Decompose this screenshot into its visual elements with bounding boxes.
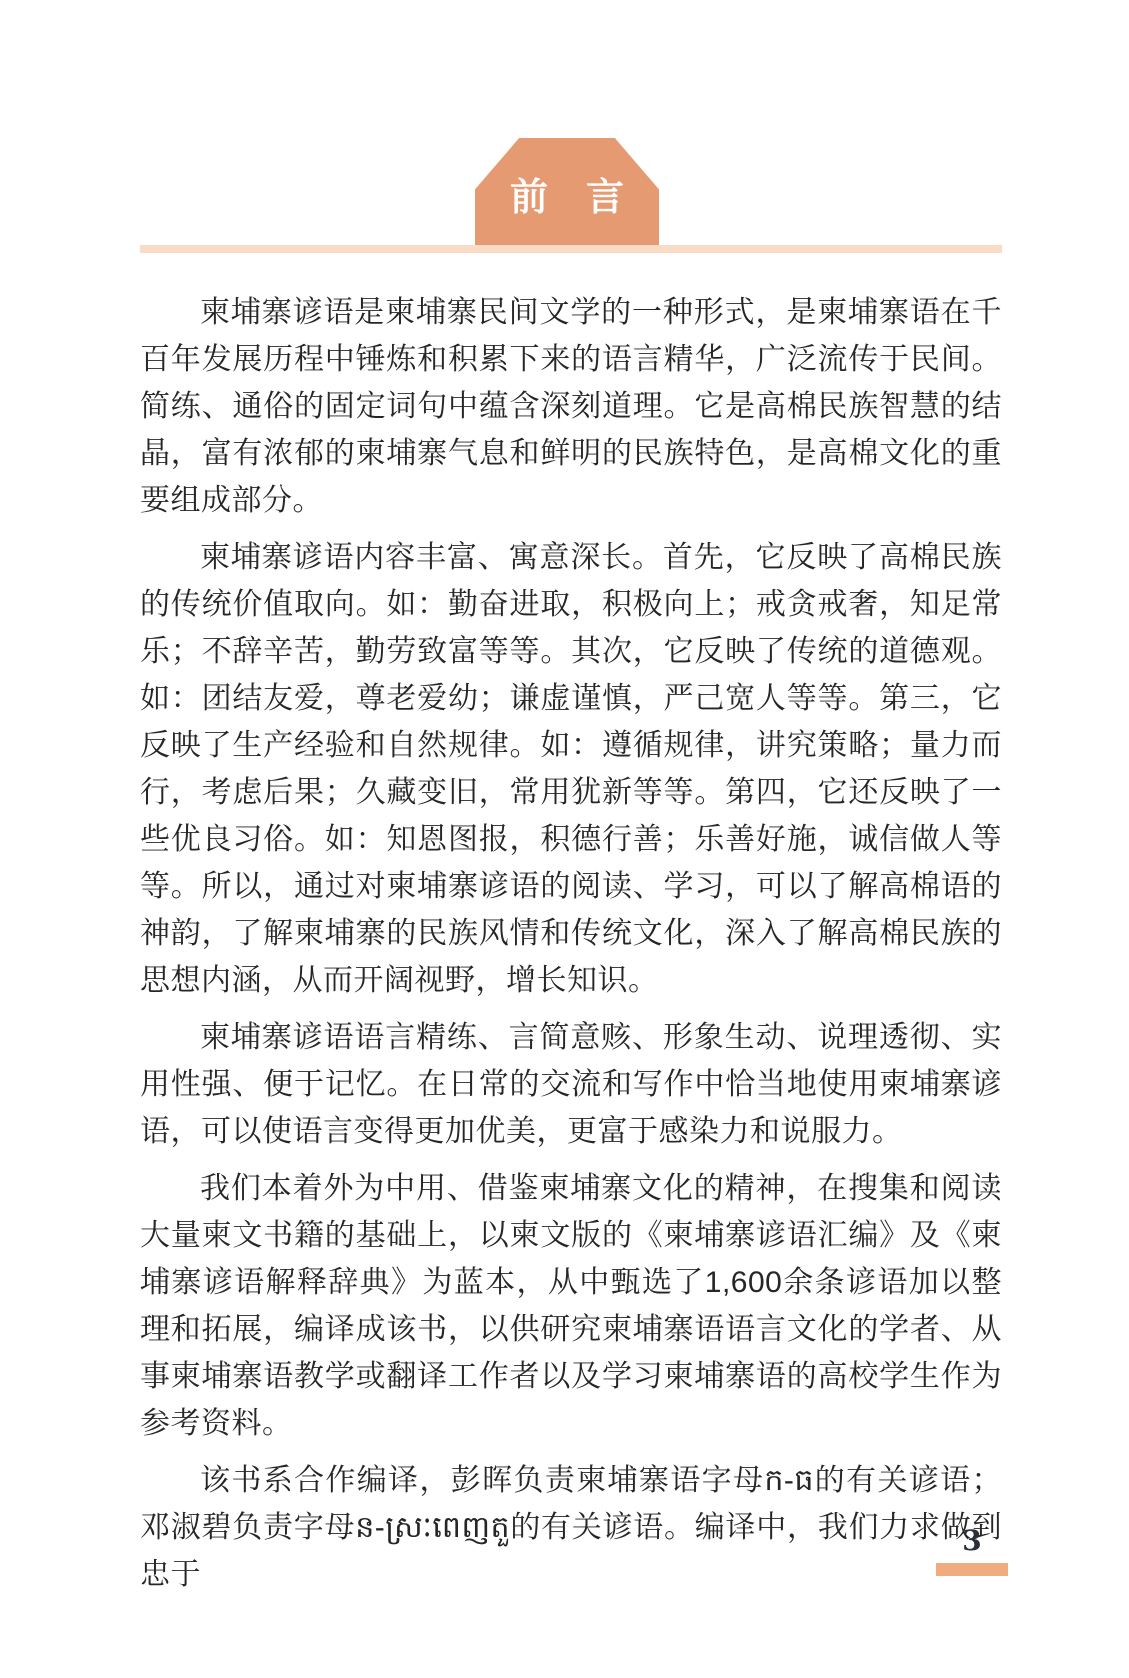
paragraph-1: 柬埔寨谚语是柬埔寨民间文学的一种形式，是柬埔寨语在千百年发展历程中锤炼和积累下来… — [140, 289, 1002, 524]
paragraph-3: 柬埔寨谚语语言精练、言简意赅、形象生动、说理透彻、实用性强、便于记忆。在日常的交… — [140, 1014, 1002, 1155]
header-rule — [140, 245, 1002, 253]
paragraph-5: 该书系合作编译，彭晖负责柬埔寨语字母ក-ធ的有关谚语；邓淑碧负责字母ន-ស្រៈ… — [140, 1457, 1002, 1598]
preface-title-badge: 前 言 — [475, 138, 659, 245]
preface-body: 柬埔寨谚语是柬埔寨民间文学的一种形式，是柬埔寨语在千百年发展历程中锤炼和积累下来… — [140, 289, 1002, 1608]
paragraph-4: 我们本着外为中用、借鉴柬埔寨文化的精神，在搜集和阅读大量柬文书籍的基础上，以柬文… — [140, 1165, 1002, 1447]
preface-page: 前 言 柬埔寨谚语是柬埔寨民间文学的一种形式，是柬埔寨语在千百年发展历程中锤炼和… — [0, 0, 1129, 1678]
page-footer: 3 — [936, 1524, 1008, 1576]
page-number-bar — [936, 1563, 1008, 1576]
paragraph-2: 柬埔寨谚语内容丰富、寓意深长。首先，它反映了高棉民族的传统价值取向。如：勤奋进取… — [140, 534, 1002, 1004]
page-title: 前 言 — [510, 179, 624, 245]
page-number: 3 — [936, 1524, 1008, 1558]
